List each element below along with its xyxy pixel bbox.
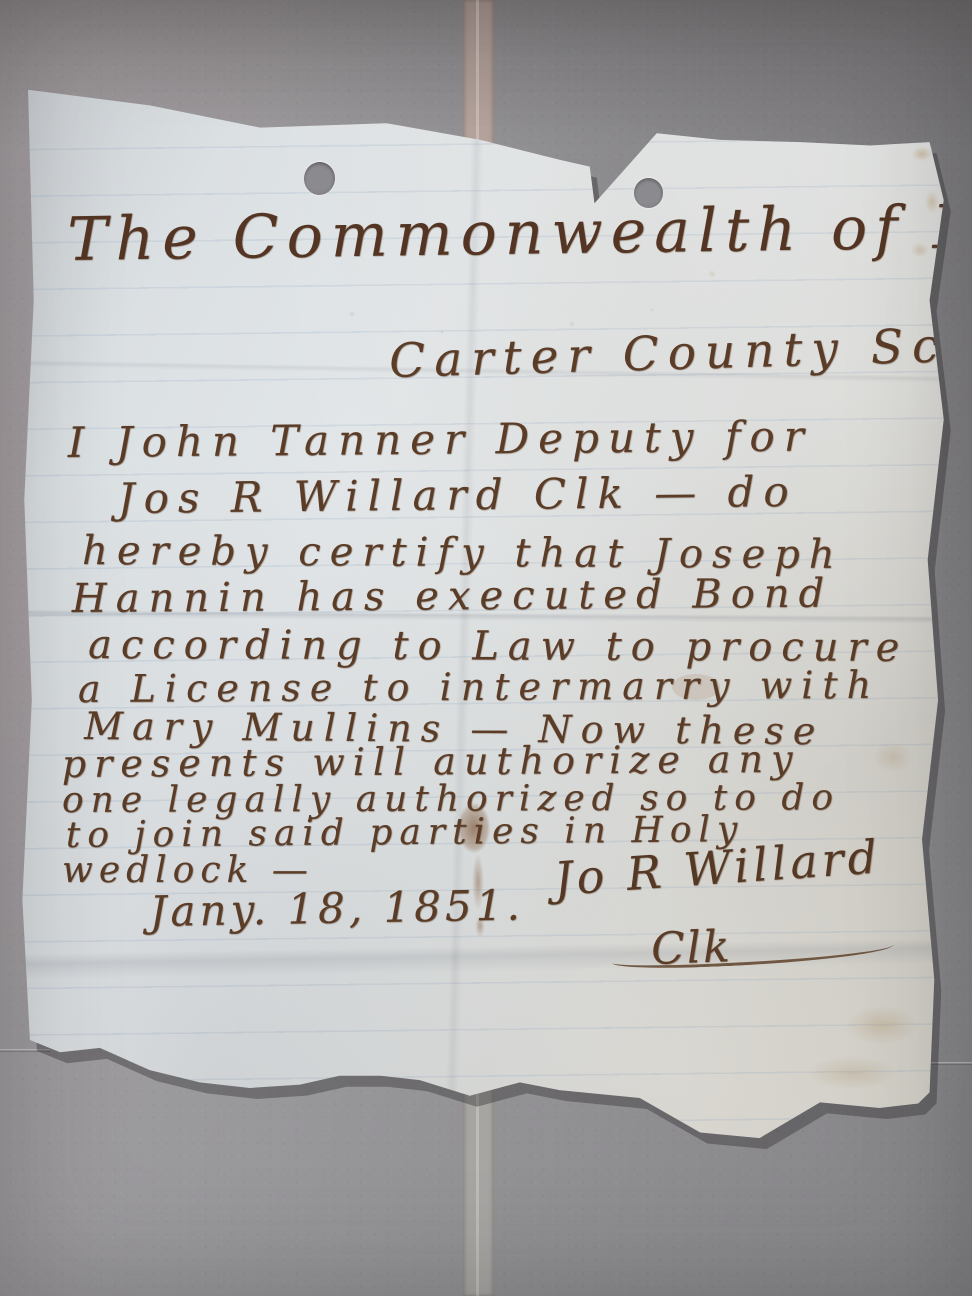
photo-backdrop: The Commonwealth of Ky Carter County Sct…: [0, 0, 972, 1296]
body-line-2: Jos R Willard Clk — do: [117, 467, 797, 523]
header-commonwealth: The Commonwealth of Ky: [67, 192, 972, 275]
body-line-6: a License to intermarry with: [78, 663, 880, 711]
body-line-4: Hannin has executed Bond: [72, 571, 834, 622]
body-line-1: I John Tanner Deputy for: [68, 412, 813, 467]
date-line: Jany. 18, 1851.: [149, 880, 524, 936]
paper-document: The Commonwealth of Ky Carter County Sct…: [12, 82, 956, 1196]
